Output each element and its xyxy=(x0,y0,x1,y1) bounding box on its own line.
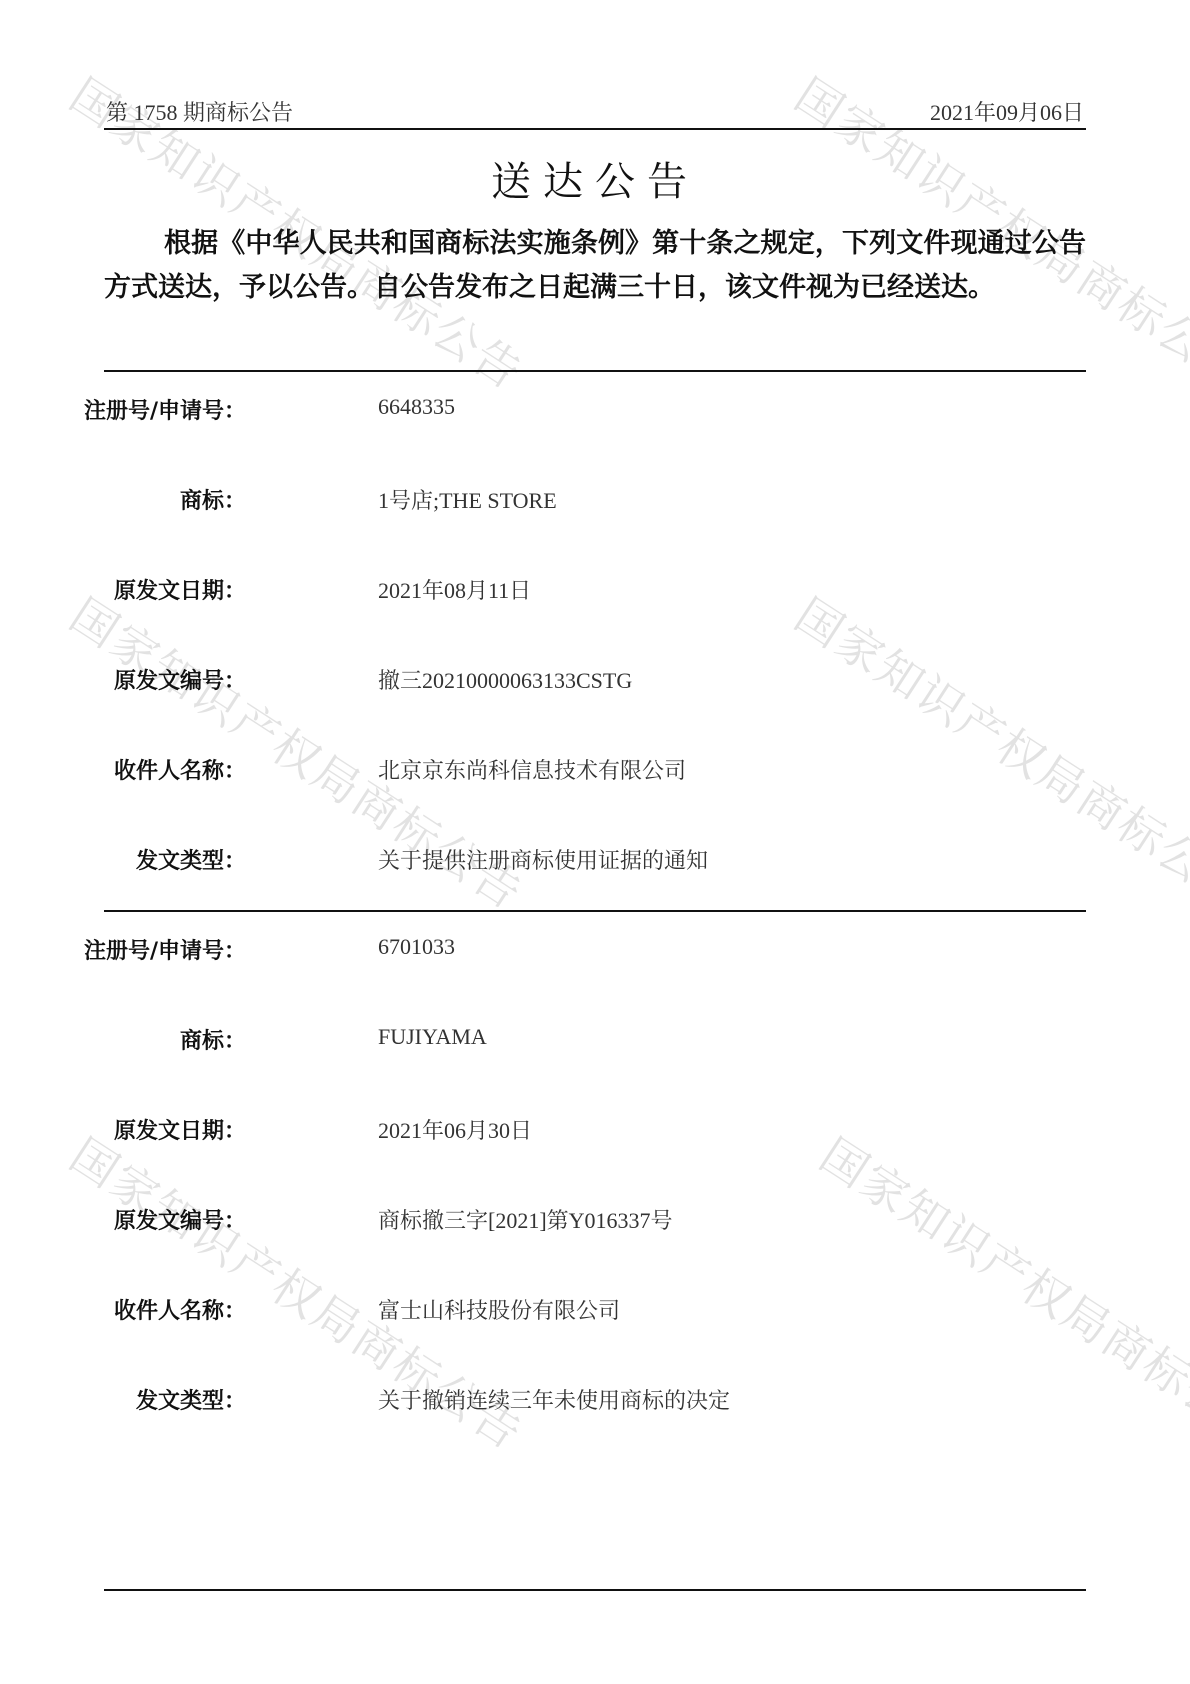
trademark-label: 商标： xyxy=(0,1024,246,1055)
entry-2-trademark-row: 商标： FUJIYAMA xyxy=(104,1020,1086,1060)
trademark-label: 商标： xyxy=(0,484,246,515)
orig-no-value: 撤三20210000063133CSTG xyxy=(378,664,632,695)
doc-type-value: 关于提供注册商标使用证据的通知 xyxy=(378,844,708,875)
reg-no-value: 6701033 xyxy=(378,934,455,960)
doc-type-value: 关于撤销连续三年未使用商标的决定 xyxy=(378,1384,730,1415)
entry-1-trademark-row: 商标： 1号店;THE STORE xyxy=(104,480,1086,520)
orig-no-label: 原发文编号： xyxy=(0,1204,246,1235)
divider xyxy=(104,910,1086,912)
entry-1-recipient-row: 收件人名称： 北京京东尚科信息技术有限公司 xyxy=(104,750,1086,790)
entry-1-orig-date-row: 原发文日期： 2021年08月11日 xyxy=(104,570,1086,610)
reg-no-label: 注册号/申请号： xyxy=(0,934,246,965)
recipient-value: 北京京东尚科信息技术有限公司 xyxy=(378,754,686,785)
doc-type-label: 发文类型： xyxy=(0,844,246,875)
entry-2-orig-no-row: 原发文编号： 商标撤三字[2021]第Y016337号 xyxy=(104,1200,1086,1240)
doc-type-label: 发文类型： xyxy=(0,1384,246,1415)
publication-date: 2021年09月06日 xyxy=(930,96,1084,127)
divider xyxy=(104,370,1086,372)
entry-1-orig-no-row: 原发文编号： 撤三20210000063133CSTG xyxy=(104,660,1086,700)
page-title: 送达公告 xyxy=(0,150,1190,207)
intro-paragraph: 根据《中华人民共和国商标法实施条例》第十条之规定，下列文件现通过公告方式送达，予… xyxy=(104,222,1086,310)
recipient-label: 收件人名称： xyxy=(0,754,246,785)
reg-no-value: 6648335 xyxy=(378,394,455,420)
document-page: 国家知识产权局商标公告 国家知识产权局商标公告 国家知识产权局商标公告 国家知识… xyxy=(0,0,1190,1684)
orig-date-label: 原发文日期： xyxy=(0,574,246,605)
trademark-value: FUJIYAMA xyxy=(378,1024,487,1050)
entry-2-orig-date-row: 原发文日期： 2021年06月30日 xyxy=(104,1110,1086,1150)
entry-2-reg-no-row: 注册号/申请号： 6701033 xyxy=(104,930,1086,970)
page-header: 第 1758 期商标公告 2021年09月06日 xyxy=(104,92,1086,130)
orig-date-value: 2021年06月30日 xyxy=(378,1114,532,1145)
orig-date-label: 原发文日期： xyxy=(0,1114,246,1145)
recipient-label: 收件人名称： xyxy=(0,1294,246,1325)
orig-date-value: 2021年08月11日 xyxy=(378,574,531,605)
recipient-value: 富士山科技股份有限公司 xyxy=(378,1294,620,1325)
reg-no-label: 注册号/申请号： xyxy=(0,394,246,425)
entry-1-doc-type-row: 发文类型： 关于提供注册商标使用证据的通知 xyxy=(104,840,1086,880)
entry-2-recipient-row: 收件人名称： 富士山科技股份有限公司 xyxy=(104,1290,1086,1330)
orig-no-label: 原发文编号： xyxy=(0,664,246,695)
footer-divider xyxy=(104,1589,1086,1591)
entry-1-reg-no-row: 注册号/申请号： 6648335 xyxy=(104,390,1086,430)
entry-2-doc-type-row: 发文类型： 关于撤销连续三年未使用商标的决定 xyxy=(104,1380,1086,1420)
orig-no-value: 商标撤三字[2021]第Y016337号 xyxy=(378,1204,673,1235)
trademark-value: 1号店;THE STORE xyxy=(378,484,557,515)
issue-number: 第 1758 期商标公告 xyxy=(106,96,293,127)
